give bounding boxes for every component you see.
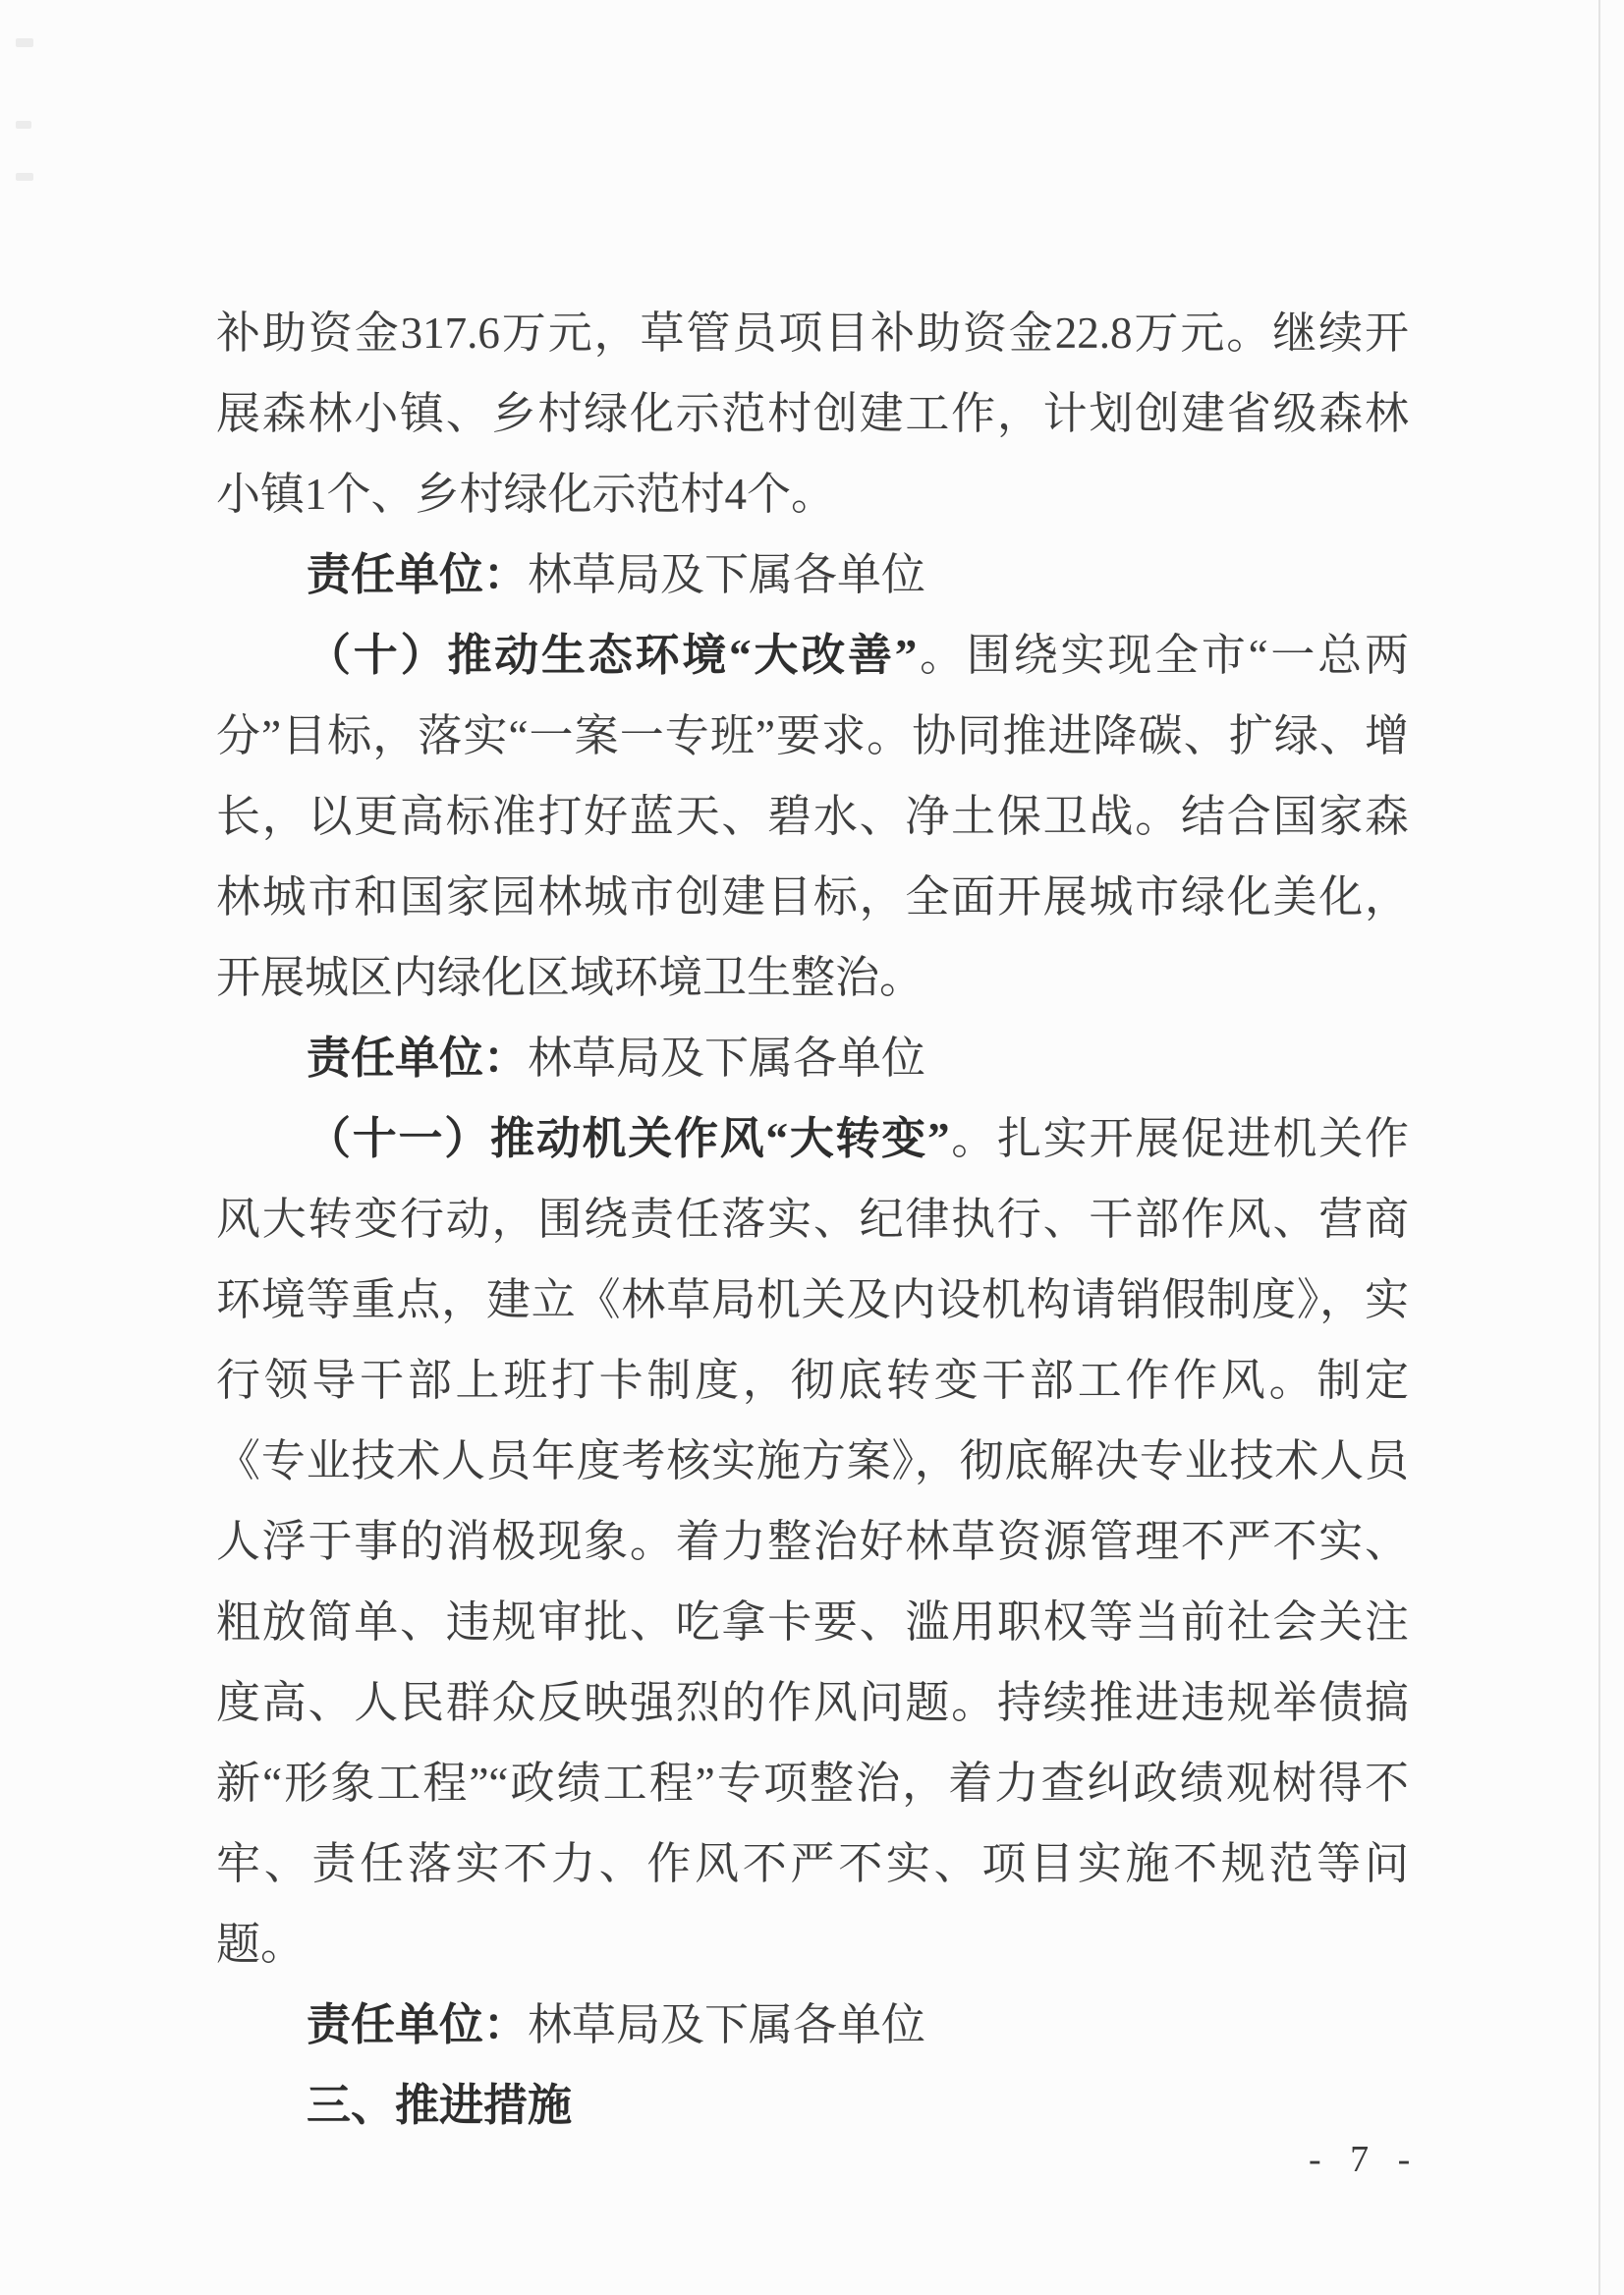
- paragraph: 责任单位：林草局及下属各单位: [216, 1985, 1409, 2065]
- text-segment: 林草局及下属各单位: [528, 1034, 925, 1083]
- scan-smudge: [16, 38, 33, 47]
- paragraph: 责任单位：林草局及下属各单位: [216, 1018, 1409, 1098]
- text-segment: 。扎实开展促进机关作风大转变行动，围绕责任落实、纪律执行、干部作风、营商环境等重…: [216, 1114, 1409, 1969]
- scanned-document-page: 补助资金317.6万元，草管员项目补助资金22.8万元。继续开展森林小镇、乡村绿…: [0, 0, 1624, 2295]
- paragraph: （十）推动生态环境“大改善”。围绕实现全市“一总两分”目标，落实“一案一专班”要…: [216, 615, 1409, 1018]
- bold-text-segment: 责任单位：: [307, 550, 528, 599]
- text-segment: 。围绕实现全市“一总两分”目标，落实“一案一专班”要求。协同推进降碳、扩绿、增长…: [216, 631, 1409, 1002]
- page-number: - 7 -: [1309, 2138, 1420, 2181]
- paragraph: 三、推进措施: [216, 2065, 1409, 2146]
- bold-text-segment: （十一）推动机关作风“大转变”: [307, 1114, 949, 1163]
- bold-text-segment: 责任单位：: [307, 1034, 528, 1083]
- scan-smudge: [16, 121, 31, 129]
- scan-smudge: [16, 173, 33, 181]
- bold-text-segment: 三、推进措施: [307, 2081, 572, 2130]
- text-segment: 林草局及下属各单位: [528, 2000, 925, 2049]
- paragraph: 责任单位：林草局及下属各单位: [216, 534, 1409, 615]
- scan-artifact-line: [1598, 0, 1600, 2295]
- text-segment: 林草局及下属各单位: [528, 550, 925, 599]
- bold-text-segment: （十）推动生态环境“大改善”: [307, 631, 917, 680]
- paragraph: 补助资金317.6万元，草管员项目补助资金22.8万元。继续开展森林小镇、乡村绿…: [216, 293, 1409, 534]
- document-body: 补助资金317.6万元，草管员项目补助资金22.8万元。继续开展森林小镇、乡村绿…: [216, 293, 1409, 2146]
- paragraph: （十一）推动机关作风“大转变”。扎实开展促进机关作风大转变行动，围绕责任落实、纪…: [216, 1098, 1409, 1985]
- text-segment: 补助资金317.6万元，草管员项目补助资金22.8万元。继续开展森林小镇、乡村绿…: [216, 308, 1409, 519]
- bold-text-segment: 责任单位：: [307, 2000, 528, 2049]
